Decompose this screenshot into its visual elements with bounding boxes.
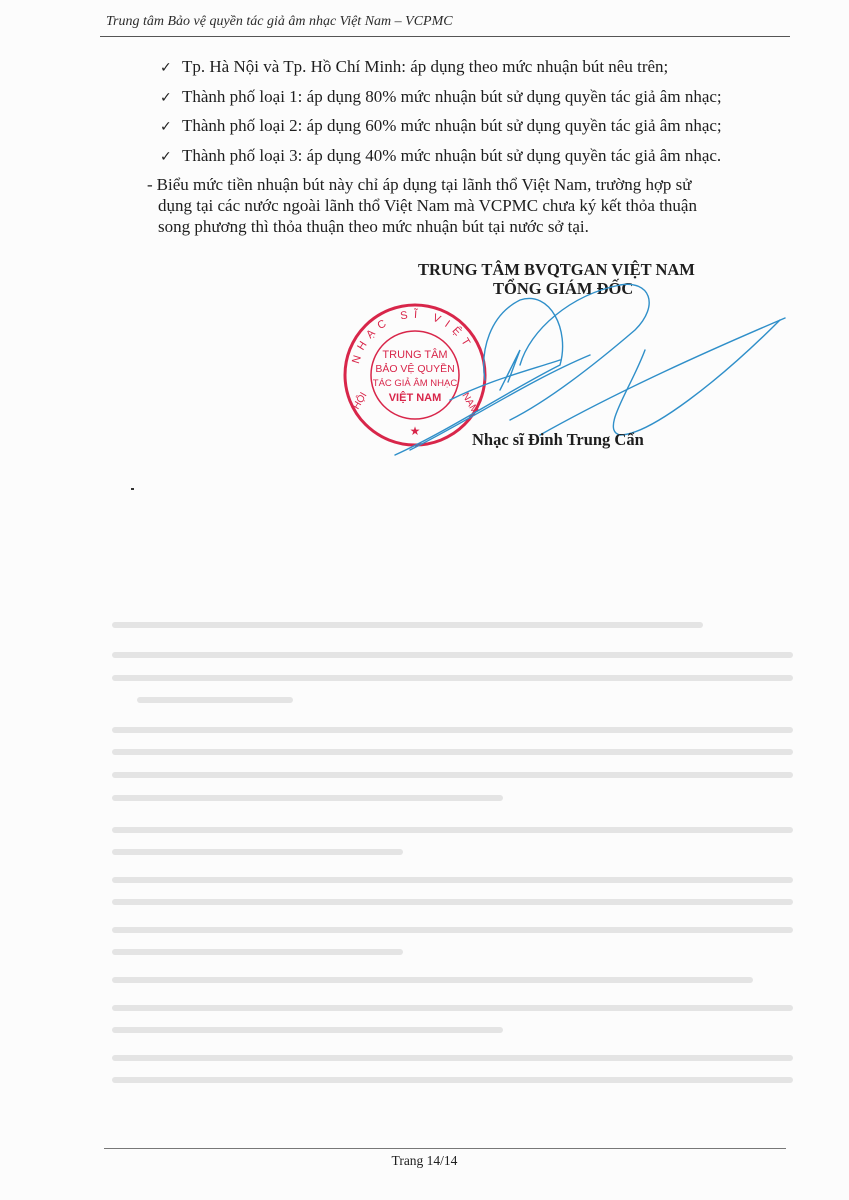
note-line-2: dụng tại các nước ngoài lãnh thổ Việt Na… <box>147 195 783 216</box>
header-rule <box>100 36 790 37</box>
note-line-3: song phương thì thỏa thuận theo mức nhuậ… <box>147 216 783 237</box>
note-line-1: Biểu mức tiền nhuận bút này chỉ áp dụng … <box>157 175 692 194</box>
bleed-through-text <box>100 600 800 1100</box>
running-header: Trung tâm Bảo vệ quyền tác giả âm nhạc V… <box>106 14 786 30</box>
list-item: ✓Thành phố loại 3: áp dụng 40% mức nhuận… <box>160 141 722 171</box>
scan-speck <box>131 488 134 490</box>
list-item: ✓Tp. Hà Nội và Tp. Hồ Chí Minh: áp dụng … <box>160 52 722 82</box>
list-item-text: Thành phố loại 3: áp dụng 40% mức nhuận … <box>182 146 721 165</box>
dash-marker: - <box>147 175 153 194</box>
list-item-text: Thành phố loại 2: áp dụng 60% mức nhuận … <box>182 116 722 135</box>
checkmark-icon: ✓ <box>160 113 182 143</box>
checkmark-icon: ✓ <box>160 84 182 114</box>
city-rate-list: ✓Tp. Hà Nội và Tp. Hồ Chí Minh: áp dụng … <box>160 52 722 170</box>
list-item: ✓Thành phố loại 1: áp dụng 80% mức nhuận… <box>160 82 722 112</box>
footer-rule <box>104 1148 786 1149</box>
list-item-text: Tp. Hà Nội và Tp. Hồ Chí Minh: áp dụng t… <box>182 57 668 76</box>
list-item-text: Thành phố loại 1: áp dụng 80% mức nhuận … <box>182 87 722 106</box>
signatory-name: Nhạc sĩ Đinh Trung Cẩn <box>472 430 644 450</box>
list-item: ✓Thành phố loại 2: áp dụng 60% mức nhuận… <box>160 111 722 141</box>
checkmark-icon: ✓ <box>160 54 182 84</box>
territory-note: -Biểu mức tiền nhuận bút này chỉ áp dụng… <box>147 174 783 237</box>
checkmark-icon: ✓ <box>160 143 182 173</box>
page-number: Trang 14/14 <box>0 1153 849 1169</box>
